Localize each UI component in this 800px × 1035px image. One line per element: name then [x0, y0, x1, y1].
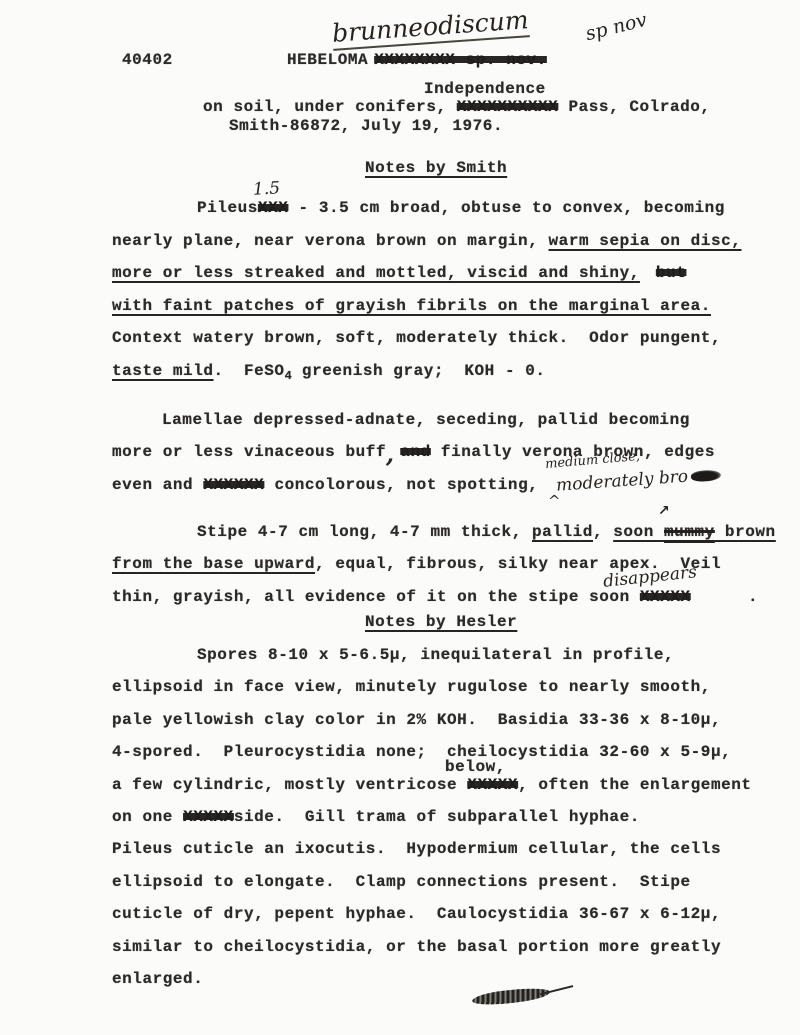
- handwritten-comma: ,: [386, 442, 394, 468]
- struck-out-species-epithet: XXXXXXXX sp. nov.: [374, 51, 547, 69]
- struck-out-location: XXXXXXXXXX: [457, 98, 559, 116]
- struck-out-word: XXXXXX: [203, 476, 264, 494]
- hesler-line-1: Spores 8-10 x 5-6.5µ, inequilateral in p…: [112, 645, 674, 665]
- struck-out-word: XXXXX: [467, 776, 518, 794]
- struck-out-handwriting: [472, 986, 551, 1007]
- handwritten-species-name: brunneodiscum: [331, 5, 530, 51]
- handwritten-arrow-mark: ↗: [658, 503, 670, 519]
- struck-out-word: and: [400, 443, 430, 461]
- trailing-period: .: [748, 587, 758, 607]
- genus-line: HEBELOMAXXXXXXXX sp. nov.: [287, 50, 547, 70]
- hesler-line-11: enlarged.: [112, 969, 203, 989]
- hesler-line-8: ellipsoid to elongate. Clamp connections…: [112, 872, 691, 892]
- pileus-line-4: with faint patches of grayish fibrils on…: [112, 296, 711, 316]
- habitat-text-before: on soil, under conifers,: [203, 98, 457, 116]
- struck-out-word: XXXXX: [183, 808, 234, 826]
- lamellae-line-3: even and XXXXXX concolorous, not spottin…: [112, 475, 538, 495]
- stipe-line-1: Stipe 4-7 cm long, 4-7 mm thick, pallid,…: [112, 522, 776, 542]
- typed-insertion-below: below,: [445, 757, 506, 777]
- pileus-line-1: PileusXXX - 3.5 cm broad, obtuse to conv…: [112, 198, 725, 218]
- pileus-line-2: nearly plane, near verona brown on margi…: [112, 231, 741, 251]
- struck-underlined-word: mummy: [664, 523, 715, 541]
- hesler-line-4: 4-spored. Pleurocystidia none; cheilocys…: [112, 742, 731, 762]
- handwritten-caret: ^: [548, 492, 561, 510]
- pileus-line-6: taste mild. FeSO4 greenish gray; KOH - 0…: [112, 361, 546, 386]
- pileus-line-5: Context watery brown, soft, moderately t…: [112, 328, 721, 348]
- lamellae-line-1: Lamellae depressed-adnate, seceding, pal…: [112, 410, 690, 430]
- genus-name: HEBELOMA: [287, 51, 368, 69]
- hesler-line-7: Pileus cuticle an ixocutis. Hypodermium …: [112, 839, 721, 859]
- hesler-section-heading: Notes by Hesler: [365, 612, 517, 632]
- typed-insertion-independence: Independence: [424, 79, 546, 99]
- handwritten-sp-nov: sp nov: [583, 9, 649, 45]
- collection-line: Smith-86872, July 19, 1976.: [229, 116, 503, 136]
- scanned-specimen-note: 40402 HEBELOMAXXXXXXXX sp. nov. brunneod…: [0, 0, 800, 1035]
- accession-number: 40402: [122, 50, 173, 70]
- hesler-line-10: similar to cheilocystidia, or the basal …: [112, 937, 721, 957]
- handwritten-size-correction: 1.5: [252, 178, 280, 199]
- hesler-line-5: a few cylindric, mostly ventricose XXXXX…: [112, 775, 752, 795]
- smith-section-heading: Notes by Smith: [365, 158, 507, 178]
- habitat-text-after: Pass, Colrado,: [558, 98, 710, 116]
- hesler-line-6: on one XXXXXside. Gill trama of subparal…: [112, 807, 640, 827]
- subscript-4: 4: [285, 369, 292, 383]
- pileus-line-3: more or less streaked and mottled, visci…: [112, 263, 686, 283]
- hesler-line-9: cuticle of dry, pepent hyphae. Caulocyst…: [112, 904, 721, 924]
- struck-out-word: XXXXX: [640, 588, 691, 606]
- hesler-line-3: pale yellowish clay color in 2% KOH. Bas…: [112, 710, 721, 730]
- hesler-line-2: ellipsoid in face view, minutely rugulos…: [112, 677, 711, 697]
- struck-out-size: XXX: [258, 199, 288, 217]
- struck-out-word: but: [656, 264, 686, 282]
- habitat-line: on soil, under conifers, XXXXXXXXXX Pass…: [203, 97, 711, 117]
